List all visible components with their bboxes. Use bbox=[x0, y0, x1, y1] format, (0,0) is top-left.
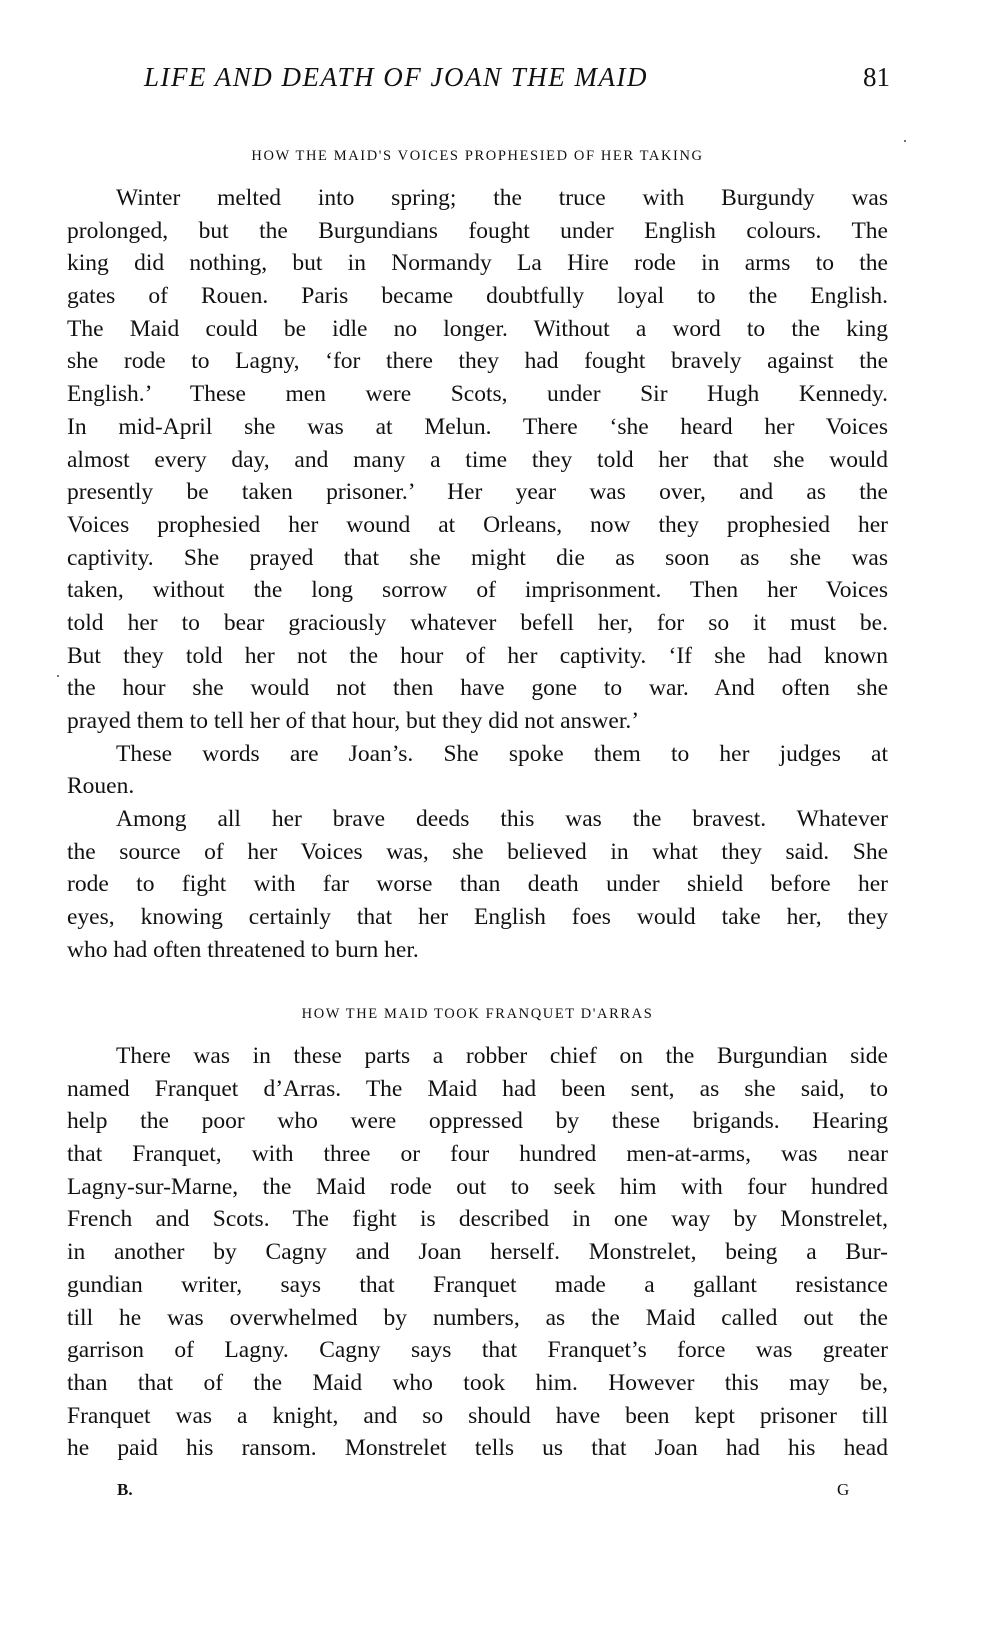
text-line: told her to bear graciously whatever bef… bbox=[67, 607, 888, 640]
section-body-franquet: There was in these parts a robber chief … bbox=[67, 1040, 888, 1465]
text-line: rode to fight with far worse than death … bbox=[67, 868, 888, 901]
text-line: eyes, knowing certainly that her English… bbox=[67, 901, 888, 934]
text-line: almost every day, and many a time they t… bbox=[67, 444, 888, 477]
text-line: that Franquet, with three or four hundre… bbox=[67, 1138, 888, 1171]
scan-speck bbox=[57, 675, 59, 677]
text-line: than that of the Maid who took him. Howe… bbox=[67, 1367, 888, 1400]
text-line: Among all her brave deeds this was the b… bbox=[67, 803, 888, 836]
text-line: the hour she would not then have gone to… bbox=[67, 672, 888, 705]
signature-mark-left: B. bbox=[117, 1480, 133, 1500]
section-body-voices: Winter melted into spring; the truce wit… bbox=[67, 182, 888, 967]
text-line: gates of Rouen. Paris became doubtfully … bbox=[67, 280, 888, 313]
text-line: named Franquet d’Arras. The Maid had bee… bbox=[67, 1073, 888, 1106]
scan-speck bbox=[904, 140, 906, 142]
text-line: who had often threatened to burn her. bbox=[67, 934, 888, 967]
section-heading-voices: HOW THE MAID'S VOICES PROPHESIED OF HER … bbox=[67, 148, 888, 165]
text-line: Lagny-sur-Marne, the Maid rode out to se… bbox=[67, 1171, 888, 1204]
text-line: English.’ These men were Scots, under Si… bbox=[67, 378, 888, 411]
running-head: LIFE AND DEATH OF JOAN THE MAID 81 bbox=[140, 62, 890, 98]
text-line: prayed them to tell her of that hour, bu… bbox=[67, 705, 888, 738]
text-line: taken, without the long sorrow of impris… bbox=[67, 574, 888, 607]
section-heading-franquet: HOW THE MAID TOOK FRANQUET D'ARRAS bbox=[67, 1006, 888, 1023]
text-line: till he was overwhelmed by numbers, as t… bbox=[67, 1302, 888, 1335]
text-line: In mid-April she was at Melun. There ‘sh… bbox=[67, 411, 888, 444]
text-line: Winter melted into spring; the truce wit… bbox=[67, 182, 888, 215]
running-title: LIFE AND DEATH OF JOAN THE MAID bbox=[144, 62, 648, 93]
text-line: in another by Cagny and Joan herself. Mo… bbox=[67, 1236, 888, 1269]
text-line: gundian writer, says that Franquet made … bbox=[67, 1269, 888, 1302]
text-line: he paid his ransom. Monstrelet tells us … bbox=[67, 1432, 888, 1465]
text-line: king did nothing, but in Normandy La Hir… bbox=[67, 247, 888, 280]
text-line: Voices prophesied her wound at Orleans, … bbox=[67, 509, 888, 542]
book-page: LIFE AND DEATH OF JOAN THE MAID 81 HOW T… bbox=[0, 0, 1000, 1641]
text-line: There was in these parts a robber chief … bbox=[67, 1040, 888, 1073]
text-line: she rode to Lagny, ‘for there they had f… bbox=[67, 345, 888, 378]
signature-mark-right: G bbox=[837, 1480, 849, 1500]
text-line: garrison of Lagny. Cagny says that Franq… bbox=[67, 1334, 888, 1367]
text-line: help the poor who were oppressed by thes… bbox=[67, 1105, 888, 1138]
text-line: But they told her not the hour of her ca… bbox=[67, 640, 888, 673]
text-line: presently be taken prisoner.’ Her year w… bbox=[67, 476, 888, 509]
text-line: Franquet was a knight, and so should hav… bbox=[67, 1400, 888, 1433]
text-line: French and Scots. The fight is described… bbox=[67, 1203, 888, 1236]
text-line: the source of her Voices was, she believ… bbox=[67, 836, 888, 869]
text-line: The Maid could be idle no longer. Withou… bbox=[67, 313, 888, 346]
text-line: prolonged, but the Burgundians fought un… bbox=[67, 215, 888, 248]
text-line: These words are Joan’s. She spoke them t… bbox=[67, 738, 888, 771]
text-line: Rouen. bbox=[67, 770, 888, 803]
text-line: captivity. She prayed that she might die… bbox=[67, 542, 888, 575]
page-number: 81 bbox=[863, 62, 890, 93]
